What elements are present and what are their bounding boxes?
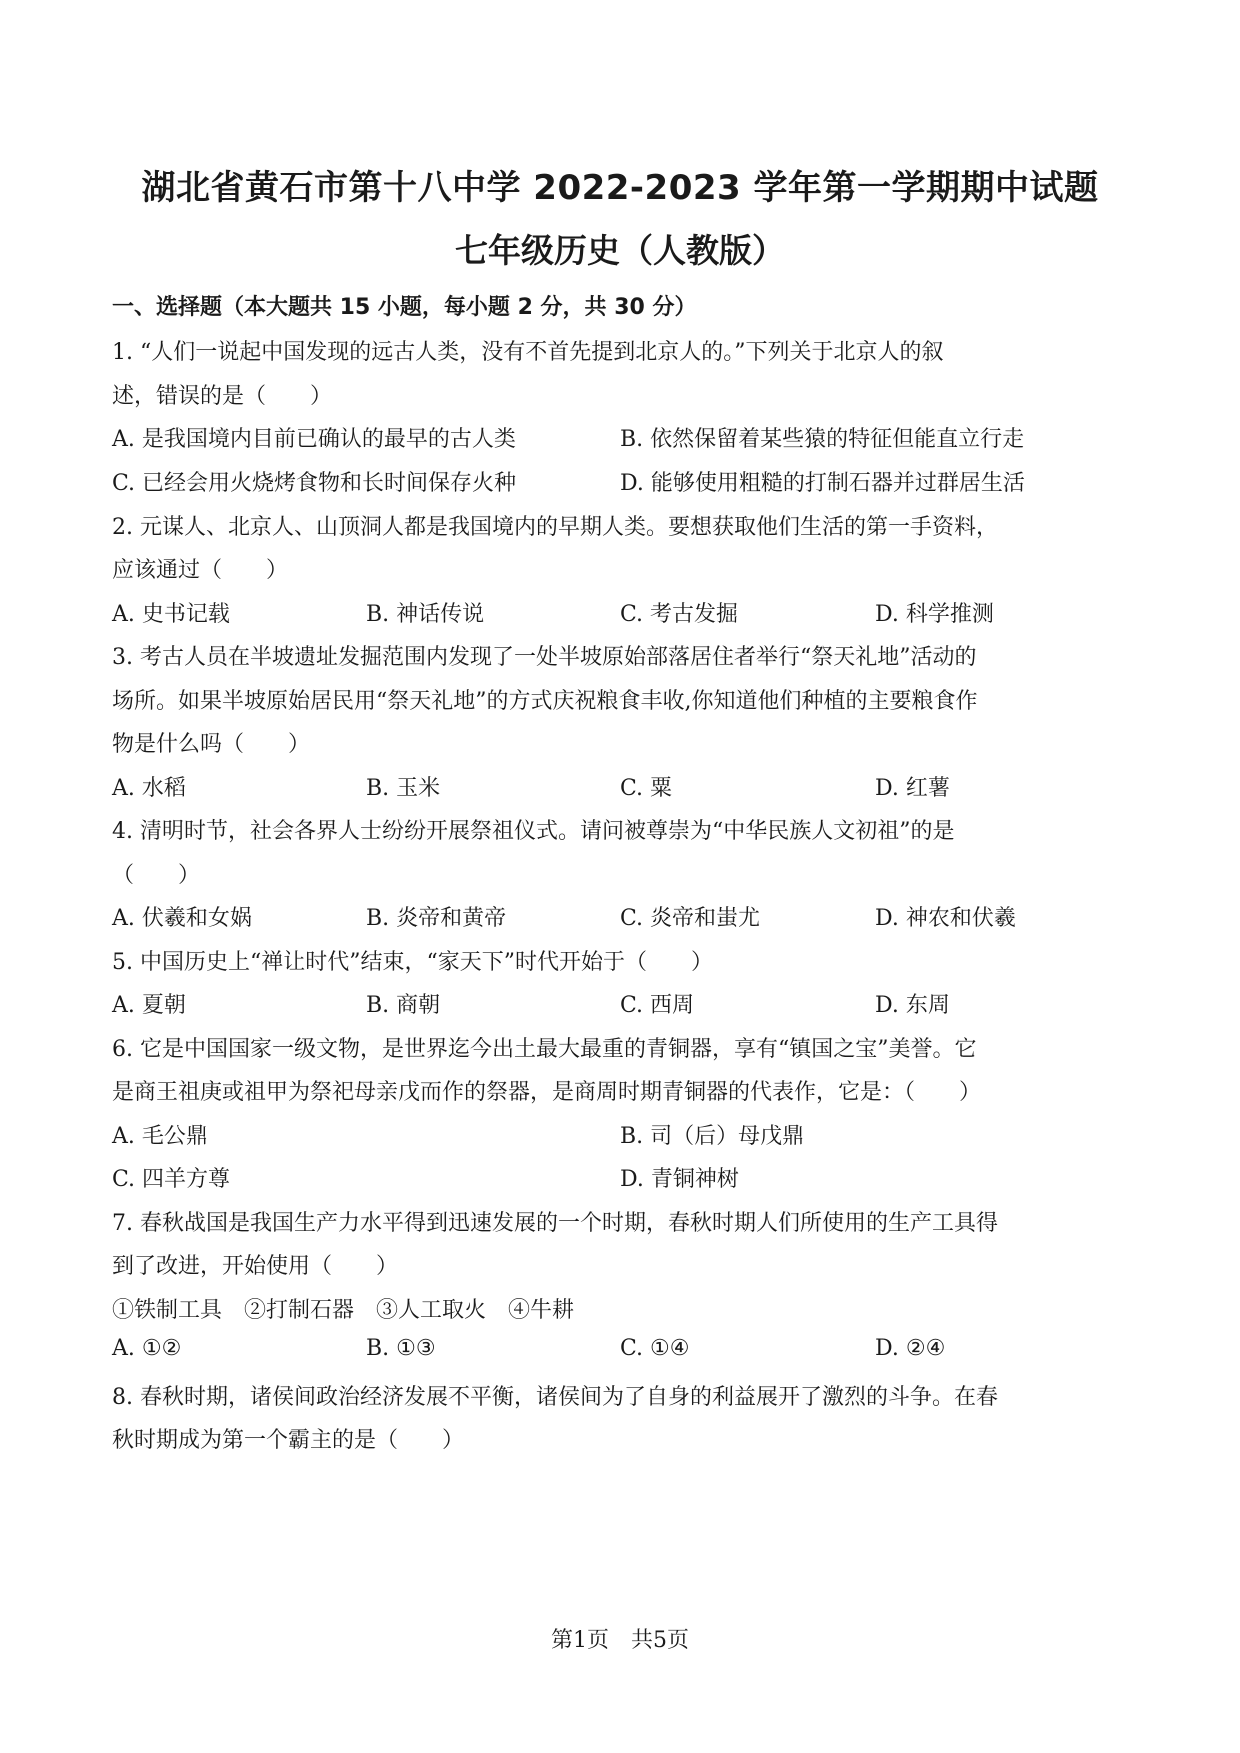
question-5-option-d: D. 东周 xyxy=(875,988,950,1019)
question-2-line-1: 2. 元谋人、北京人、山顶洞人都是我国境内的早期人类。要想获取他们生活的第一手资… xyxy=(112,510,998,541)
question-5-line-1: 5. 中国历史上“禅让时代”结束，“家天下”时代开始于（ ） xyxy=(112,945,713,976)
question-4-option-b: B. 炎帝和黄帝 xyxy=(366,901,506,932)
page-number: 第1页 共5页 xyxy=(0,1623,1240,1654)
question-1-option-a: A. 是我国境内目前已确认的最早的古人类 xyxy=(112,422,516,453)
question-7-line-3: ①铁制工具 ②打制石器 ③人工取火 ④牛耕 xyxy=(112,1293,574,1324)
question-3-line-3: 物是什么吗（ ） xyxy=(112,727,310,758)
question-4-option-d: D. 神农和伏羲 xyxy=(875,901,1016,932)
question-3-line-1: 3. 考古人员在半坡遗址发掘范围内发现了一处半坡原始部落居住者举行“祭天礼地”活… xyxy=(112,640,976,671)
question-6-option-a: A. 毛公鼎 xyxy=(112,1119,208,1150)
question-5-option-c: C. 西周 xyxy=(620,988,694,1019)
exam-subtitle: 七年级历史（人教版） xyxy=(0,225,1240,272)
question-3-option-a: A. 水稻 xyxy=(112,771,186,802)
question-2-option-a: A. 史书记载 xyxy=(112,597,230,628)
question-7-line-2: 到了改进，开始使用（ ） xyxy=(112,1249,398,1280)
question-6-option-d: D. 青铜神树 xyxy=(620,1162,739,1193)
question-1-option-b: B. 依然保留着某些猿的特征但能直立行走 xyxy=(620,422,1024,453)
question-2-option-b: B. 神话传说 xyxy=(366,597,484,628)
exam-page: 湖北省黄石市第十八中学 2022-2023 学年第一学期期中试题 七年级历史（人… xyxy=(0,0,1240,1753)
question-4-line-2: （ ） xyxy=(112,858,200,889)
question-6-line-2: 是商王祖庚或祖甲为祭祀母亲戊而作的祭器，是商周时期青铜器的代表作，它是：（ ） xyxy=(112,1075,981,1106)
question-5-option-a: A. 夏朝 xyxy=(112,988,186,1019)
section-heading: 一、选择题（本大题共 15 小题，每小题 2 分，共 30 分） xyxy=(112,290,697,321)
question-7-option-c: C. ①④ xyxy=(620,1336,689,1361)
question-1-option-d: D. 能够使用粗糙的打制石器并过群居生活 xyxy=(620,466,1025,497)
question-1-option-c: C. 已经会用火烧烤食物和长时间保存火种 xyxy=(112,466,516,497)
question-8-line-2: 秋时期成为第一个霸主的是（ ） xyxy=(112,1423,464,1454)
question-7-option-b: B. ①③ xyxy=(366,1336,436,1361)
exam-title: 湖北省黄石市第十八中学 2022-2023 学年第一学期期中试题 xyxy=(0,160,1240,209)
question-4-option-a: A. 伏羲和女娲 xyxy=(112,901,252,932)
question-3-line-2: 场所。如果半坡原始居民用“祭天礼地”的方式庆祝粮食丰收,你知道他们种植的主要粮食… xyxy=(112,684,978,715)
question-1-line-2: 述，错误的是（ ） xyxy=(112,379,332,410)
question-5-option-b: B. 商朝 xyxy=(366,988,440,1019)
question-6-option-b: B. 司（后）母戊鼎 xyxy=(620,1119,804,1150)
question-2-line-2: 应该通过（ ） xyxy=(112,553,288,584)
question-1-line-1: 1. “人们一说起中国发现的远古人类，没有不首先提到北京人的。”下列关于北京人的… xyxy=(112,335,943,366)
question-3-option-b: B. 玉米 xyxy=(366,771,440,802)
question-4-line-1: 4. 清明时节，社会各界人士纷纷开展祭祖仪式。请问被尊崇为“中华民族人文初祖”的… xyxy=(112,814,954,845)
question-6-line-1: 6. 它是中国国家一级文物，是世界迄今出土最大最重的青铜器，享有“镇国之宝”美誉… xyxy=(112,1032,976,1063)
question-2-option-d: D. 科学推测 xyxy=(875,597,994,628)
question-4-option-c: C. 炎帝和蚩尤 xyxy=(620,901,760,932)
question-7-option-a: A. ①② xyxy=(112,1336,181,1361)
question-8-line-1: 8. 春秋时期，诸侯间政治经济发展不平衡，诸侯间为了自身的利益展开了激烈的斗争。… xyxy=(112,1380,998,1411)
question-3-option-c: C. 粟 xyxy=(620,771,672,802)
question-3-option-d: D. 红薯 xyxy=(875,771,950,802)
question-6-option-c: C. 四羊方尊 xyxy=(112,1162,230,1193)
question-7-option-d: D. ②④ xyxy=(875,1336,945,1361)
question-2-option-c: C. 考古发掘 xyxy=(620,597,738,628)
question-7-line-1: 7. 春秋战国是我国生产力水平得到迅速发展的一个时期，春秋时期人们所使用的生产工… xyxy=(112,1206,998,1237)
